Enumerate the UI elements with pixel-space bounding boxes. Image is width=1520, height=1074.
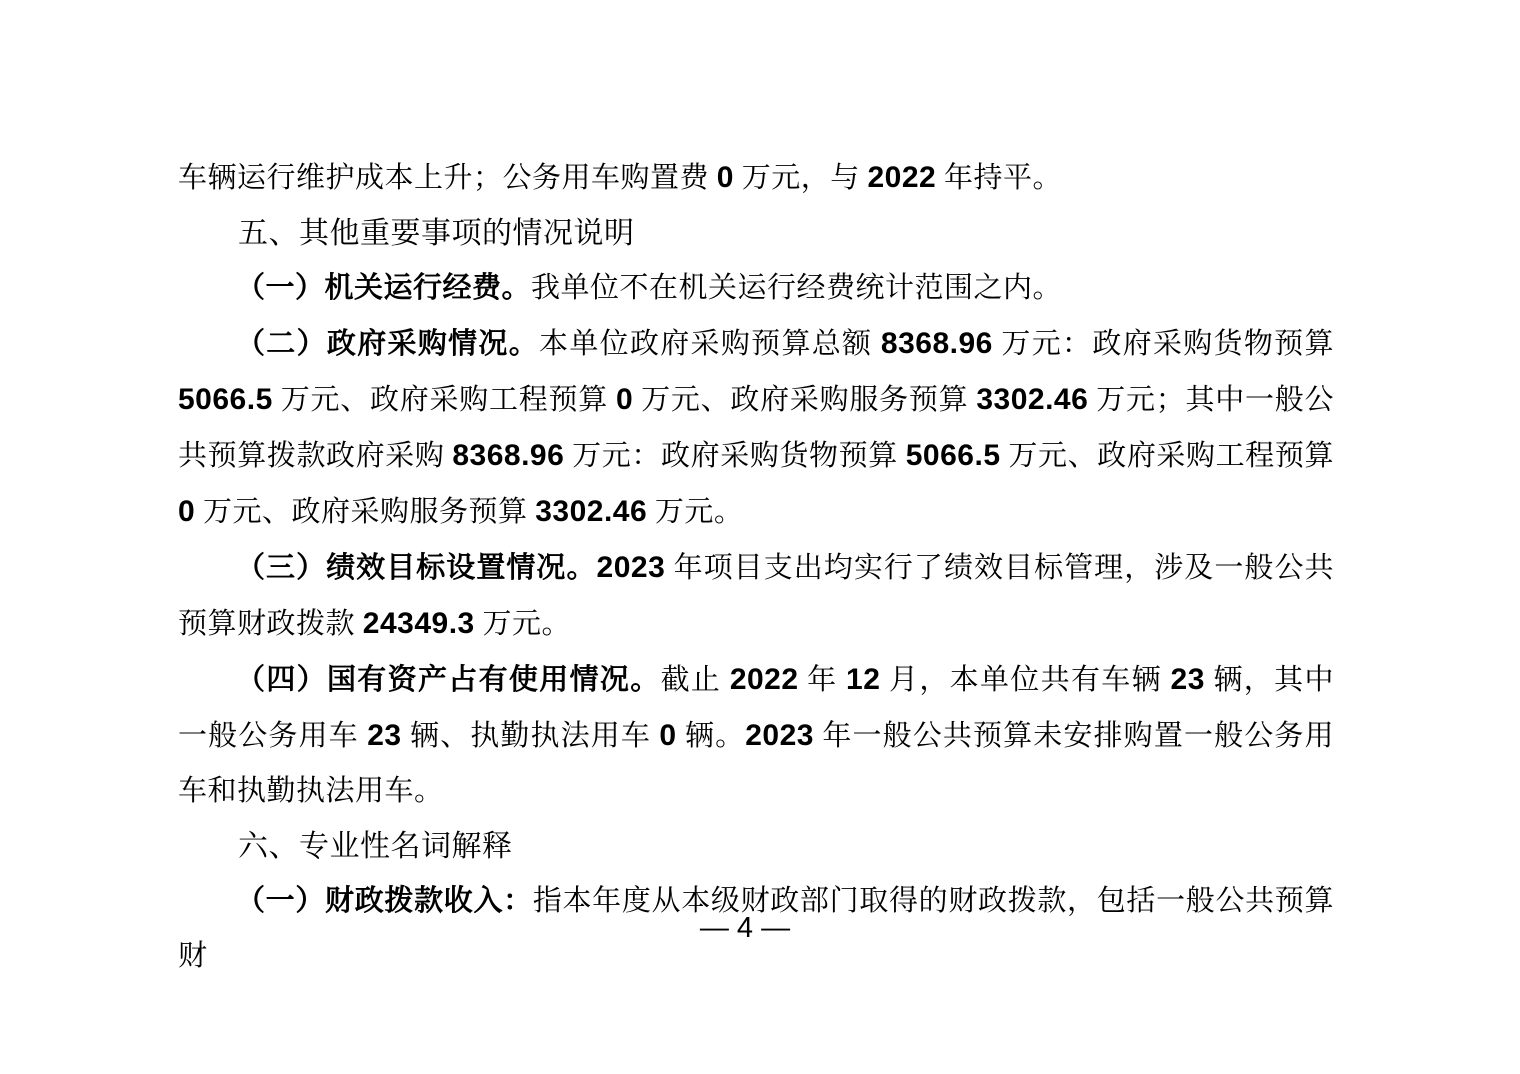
para-vehicle-cost-segment: 0 — [717, 161, 734, 194]
para-gov-procurement-segment: 万元：政府采购货物预算 — [993, 328, 1334, 360]
heading-section-6: 六、专业性名词解释 — [178, 819, 1334, 874]
para-performance-targets-segment: （三）绩效目标设置情况。 — [236, 552, 597, 584]
para-operating-funds-segment: 我单位不在机关运行经费统计范围之内。 — [531, 272, 1062, 304]
para-vehicle-cost-segment: 2022 — [867, 161, 936, 194]
para-operating-funds: （一）机关运行经费。我单位不在机关运行经费统计范围之内。 — [178, 261, 1334, 316]
para-performance-targets-segment: 2023 — [597, 551, 666, 584]
para-vehicle-cost-segment: 年持平。 — [936, 162, 1062, 194]
heading-section-5-segment: 五、其他重要事项的情况说明 — [238, 217, 635, 250]
para-gov-procurement-segment: 万元、政府采购服务预算 — [633, 384, 976, 416]
para-performance-targets: （三）绩效目标设置情况。2023 年项目支出均实行了绩效目标管理，涉及一般公共预… — [178, 540, 1334, 652]
para-state-assets-segment: 辆。 — [677, 720, 746, 752]
para-gov-procurement-segment: 万元：政府采购货物预算 — [564, 440, 905, 472]
para-state-assets-segment: 年 — [799, 664, 846, 696]
para-state-assets-segment: 2022 — [730, 663, 799, 696]
para-gov-procurement-segment: 8368.96 — [881, 327, 993, 360]
para-gov-procurement-segment: 万元、政府采购服务预算 — [195, 496, 535, 528]
para-gov-procurement-segment: 0 — [616, 383, 633, 416]
para-state-assets-segment: （四）国有资产占有使用情况。 — [236, 664, 661, 696]
para-gov-procurement-segment: 万元、政府采购工程预算 — [273, 384, 616, 416]
para-state-assets-segment: 月，本单位共有车辆 — [880, 664, 1170, 696]
para-gov-procurement-segment: 万元。 — [647, 496, 743, 528]
para-gov-procurement-segment: 万元、政府采购工程预算 — [1001, 440, 1334, 472]
para-gov-procurement-segment: 3302.46 — [535, 495, 647, 528]
para-vehicle-cost-segment: 万元，与 — [734, 162, 868, 194]
heading-section-5: 五、其他重要事项的情况说明 — [178, 206, 1334, 261]
para-state-assets-segment: 23 — [367, 719, 401, 752]
document-body: 车辆运行维护成本上升；公务用车购置费 0 万元，与 2022 年持平。五、其他重… — [178, 150, 1334, 984]
para-state-assets-segment: 23 — [1171, 663, 1205, 696]
para-state-assets-segment: 12 — [846, 663, 880, 696]
para-gov-procurement: （二）政府采购情况。本单位政府采购预算总额 8368.96 万元：政府采购货物预… — [178, 316, 1334, 540]
para-gov-procurement-segment: （二）政府采购情况。 — [236, 328, 539, 360]
para-state-assets-segment: 0 — [659, 719, 676, 752]
para-gov-procurement-segment: 5066.5 — [178, 383, 273, 416]
document-page: 车辆运行维护成本上升；公务用车购置费 0 万元，与 2022 年持平。五、其他重… — [0, 0, 1520, 1074]
para-performance-targets-segment: 24349.3 — [363, 607, 475, 640]
para-vehicle-cost-segment: 车辆运行维护成本上升；公务用车购置费 — [178, 162, 717, 194]
page-number: — 4 — — [0, 908, 1490, 948]
para-gov-procurement-segment: 3302.46 — [976, 383, 1088, 416]
para-gov-procurement-segment: 0 — [178, 495, 195, 528]
para-performance-targets-segment: 万元。 — [475, 608, 571, 640]
para-gov-procurement-segment: 本单位政府采购预算总额 — [539, 328, 881, 360]
para-operating-funds-segment: （一）机关运行经费。 — [236, 272, 531, 304]
para-state-assets: （四）国有资产占有使用情况。截止 2022 年 12 月，本单位共有车辆 23 … — [178, 652, 1334, 819]
para-gov-procurement-segment: 5066.5 — [906, 439, 1001, 472]
para-gov-procurement-segment: 8368.96 — [452, 439, 564, 472]
para-vehicle-cost: 车辆运行维护成本上升；公务用车购置费 0 万元，与 2022 年持平。 — [178, 150, 1334, 206]
para-state-assets-segment: 截止 — [661, 664, 730, 696]
heading-section-6-segment: 六、专业性名词解释 — [238, 830, 513, 863]
para-state-assets-segment: 2023 — [745, 719, 814, 752]
para-state-assets-segment: 辆、执勤执法用车 — [402, 720, 660, 752]
